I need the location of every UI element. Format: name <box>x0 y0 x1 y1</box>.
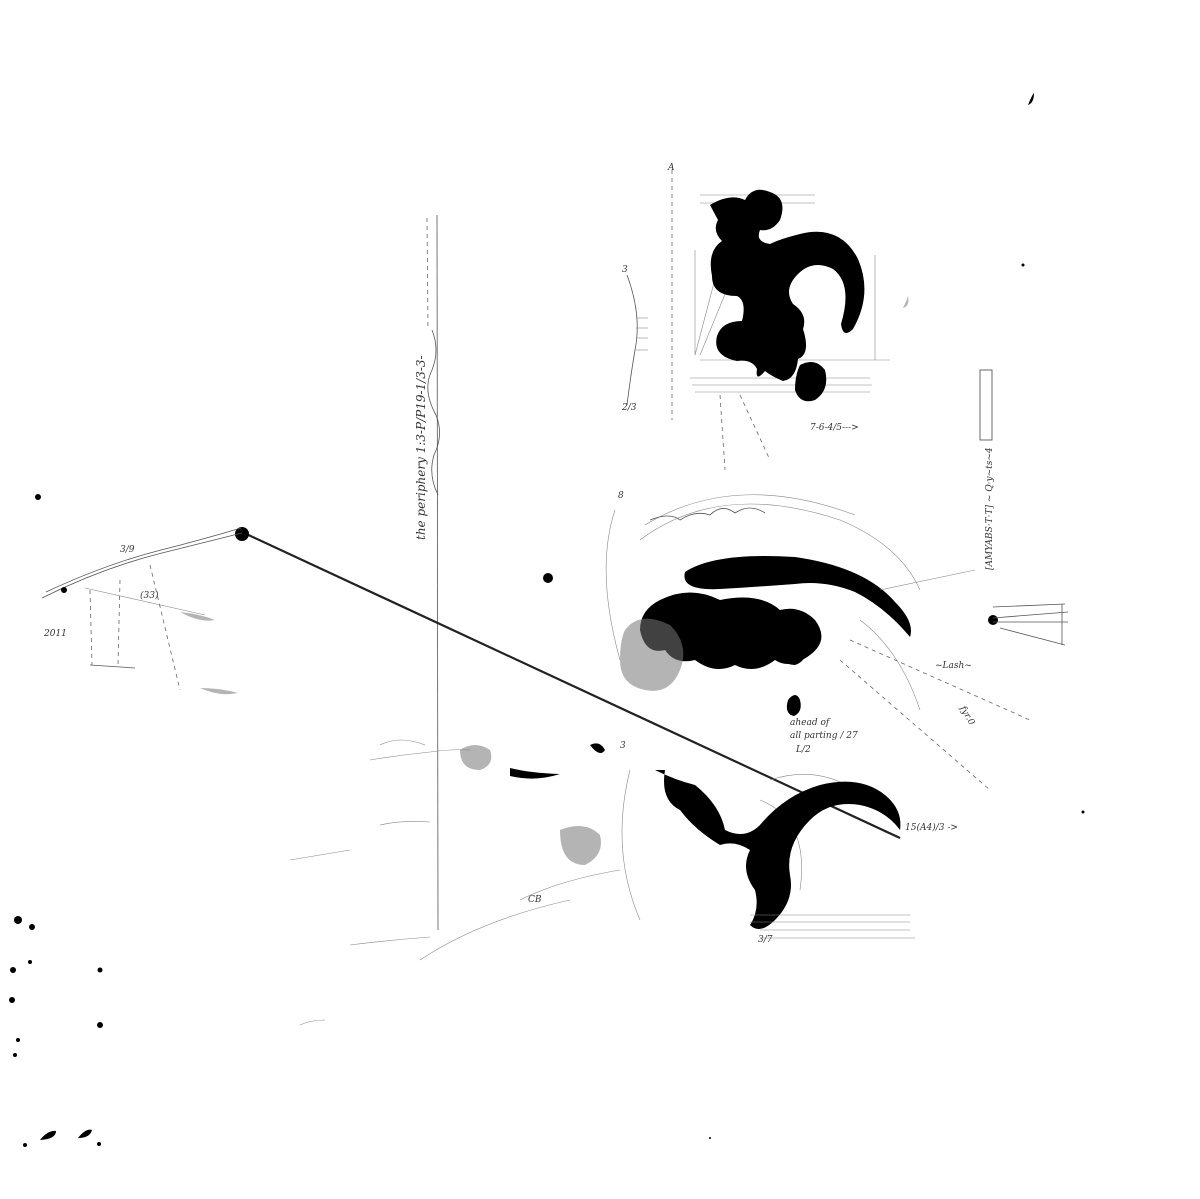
left-note-1: 3/9 <box>120 545 135 555</box>
vertical-text-left: the periphery 1:3-P/P19-1/3-3- <box>414 355 428 540</box>
svg-text:L/2: L/2 <box>795 745 811 755</box>
ink-artwork: the periphery 1:3-P/P19-1/3-3- [AMYABS·T… <box>0 0 1200 1199</box>
right-note-2: fyr.0 <box>957 704 976 728</box>
mark-cb: CB <box>528 895 542 905</box>
left-construction: 3/9 (33) 2011 <box>42 528 242 694</box>
center-note: ahead of all parting / 27 L/2 <box>790 718 858 755</box>
right-vertical-notation: [AMYABS·T·T] ~ Q·y~ts~4 <box>980 370 995 570</box>
curve-mark-bottom: 2/3 <box>621 403 637 413</box>
lower-left-sketches: CB <box>290 740 620 1025</box>
top-ink-form: A 7-6-4/5---> <box>667 163 890 470</box>
left-note-3: 2011 <box>43 629 67 639</box>
central-ink-form: 8 ~Lash~ fyr.0 <box>606 491 1030 790</box>
right-fan-element <box>988 604 1068 645</box>
boxed-label <box>980 370 992 440</box>
mark-a: A <box>667 163 675 173</box>
ink-splatters <box>9 93 1085 1147</box>
bottom-right-note: 15(A4)/3 -> <box>905 822 958 833</box>
mark-bottom-right: 3/7 <box>758 935 773 945</box>
left-note-2: (33) <box>140 590 159 601</box>
left-vertical-axis: the periphery 1:3-P/P19-1/3-3- <box>414 215 440 930</box>
svg-text:ahead of: ahead of <box>790 718 831 728</box>
vertical-text-right: [AMYABS·T·T] ~ Q·y~ts~4 <box>985 447 995 570</box>
curved-measure-line: 3 2/3 <box>621 265 648 413</box>
curve-mark-top: 3 <box>622 265 628 275</box>
mark-3: 3 <box>620 741 626 751</box>
svg-text:all parting / 27: all parting / 27 <box>790 731 858 741</box>
mark-8: 8 <box>618 491 624 501</box>
right-note-1: ~Lash~ <box>935 661 972 671</box>
lower-ink-form: 15(A4)/3 -> 3/7 3 <box>620 741 958 945</box>
label-7-6-4-5: 7-6-4/5---> <box>810 423 859 433</box>
